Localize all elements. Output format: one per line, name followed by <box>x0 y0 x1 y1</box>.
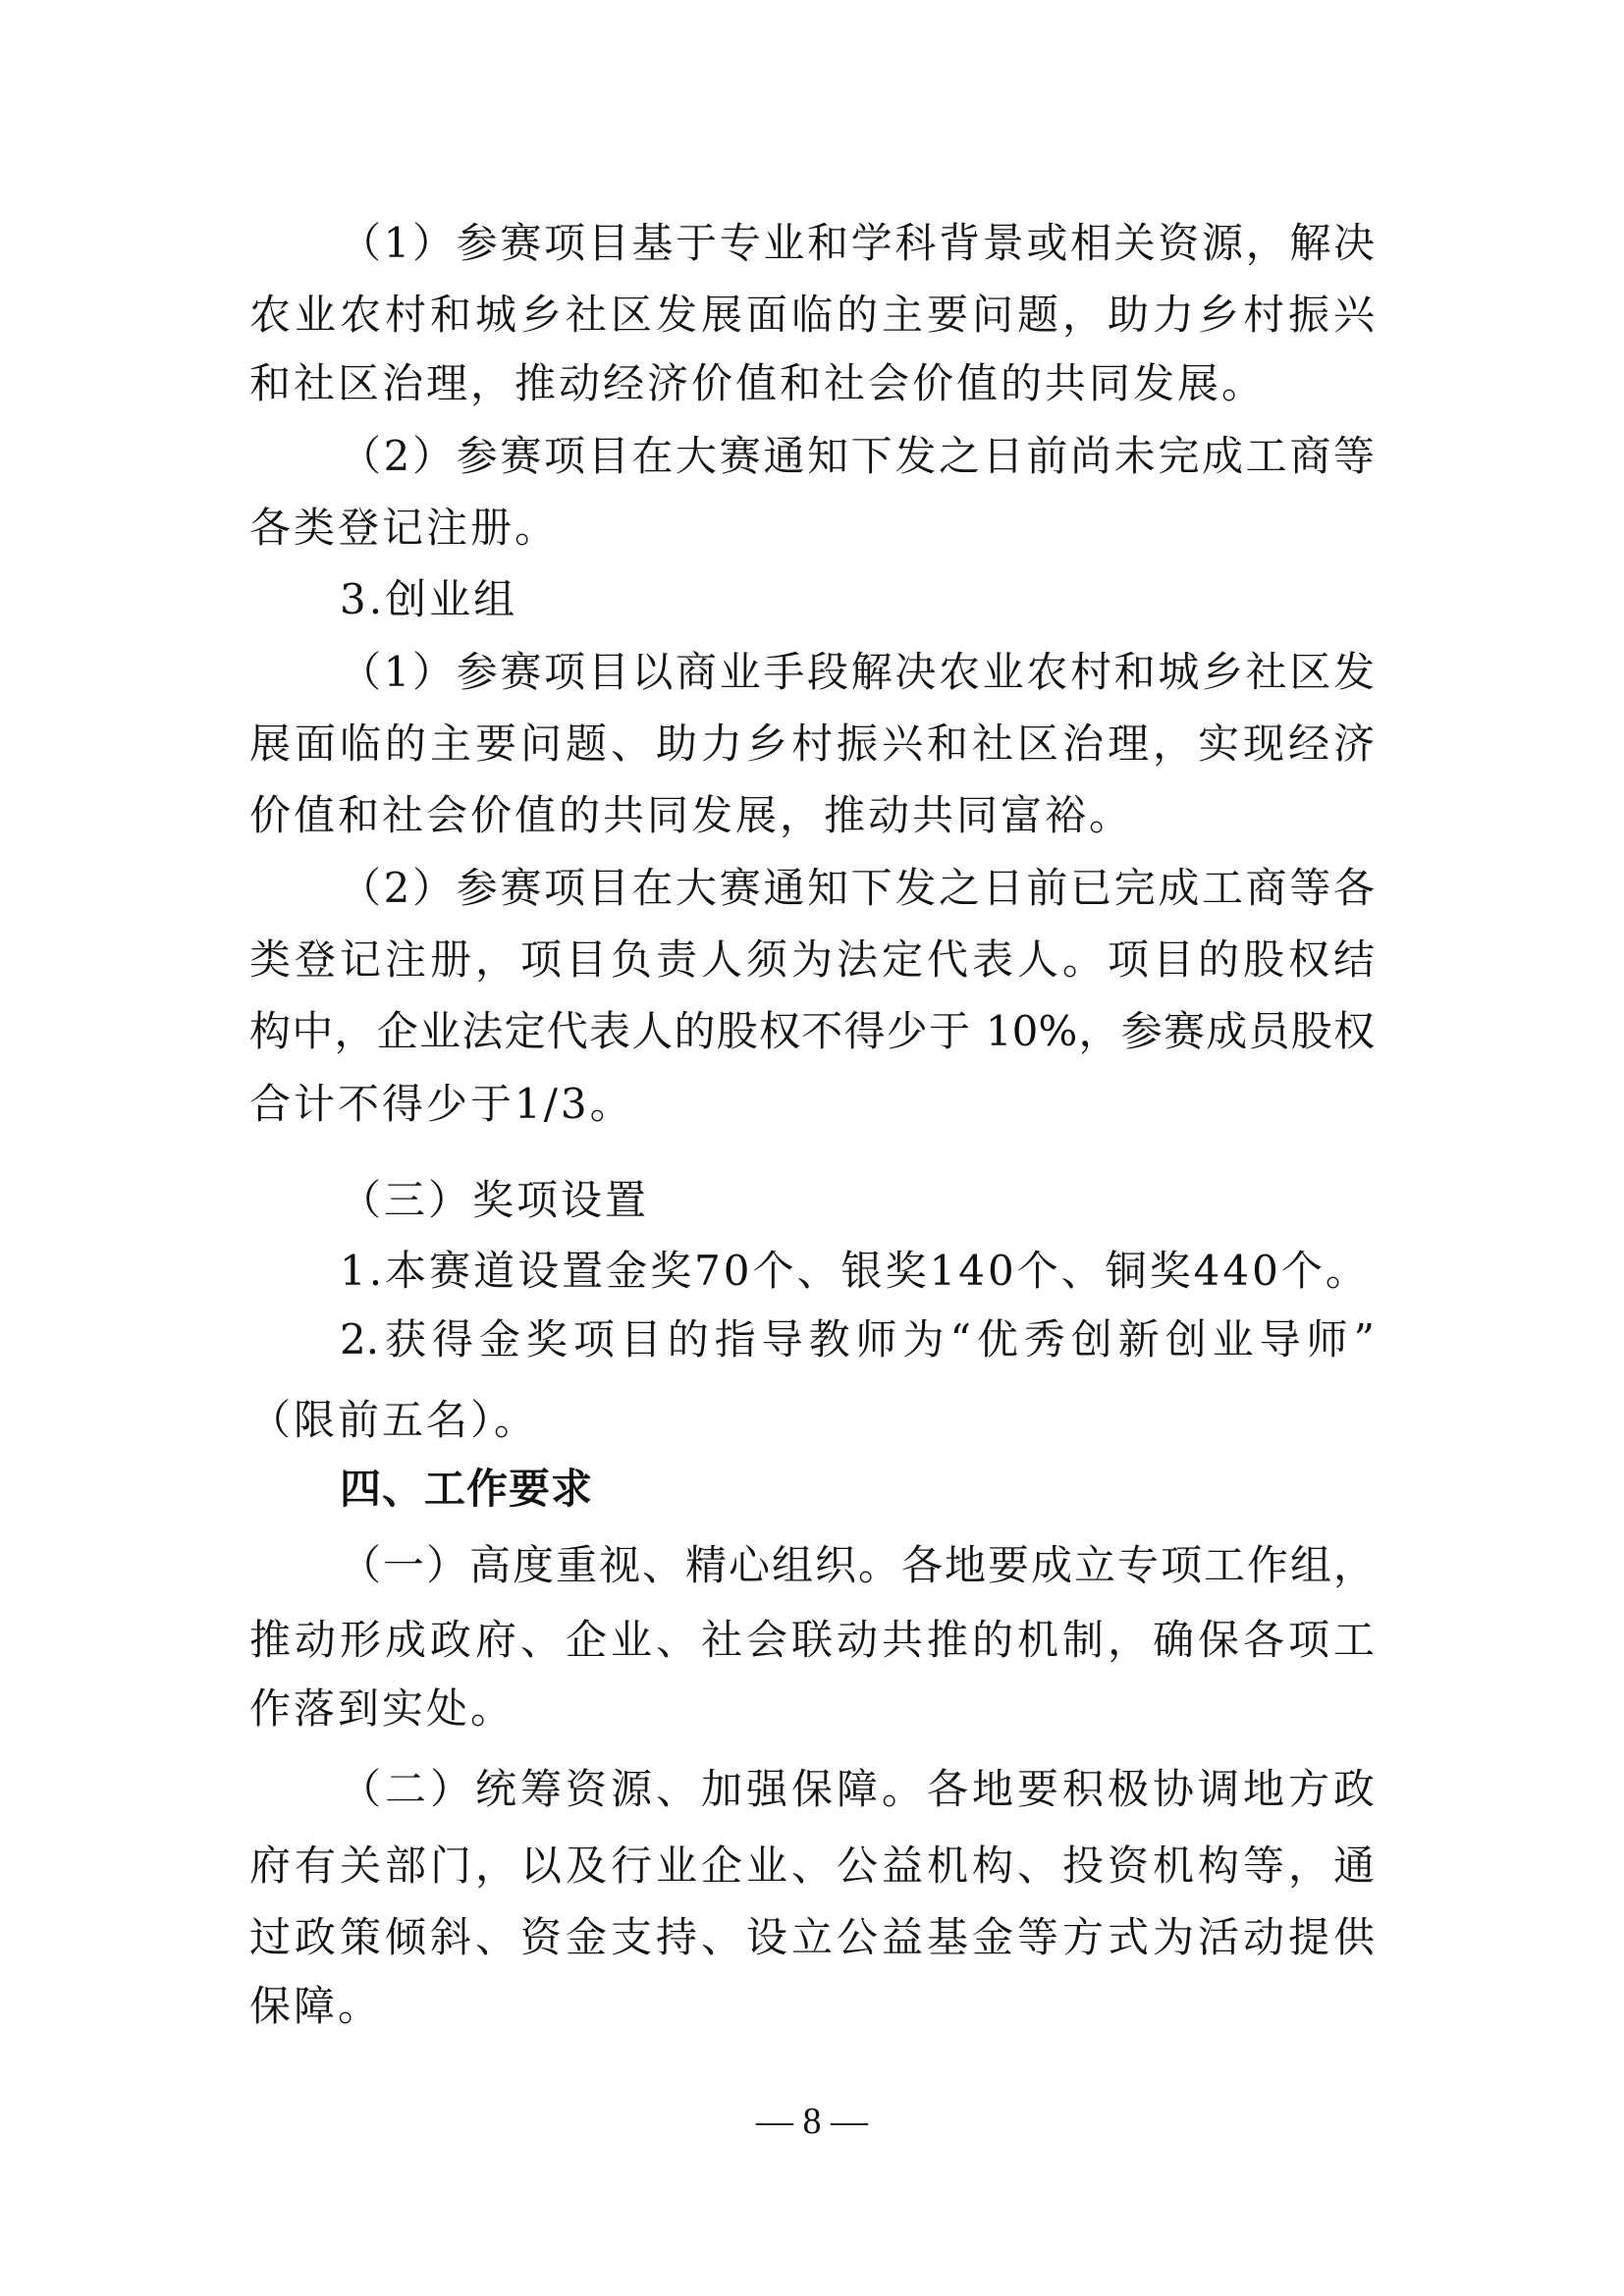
paragraph-line: 作落到实处。 <box>249 1680 514 1738</box>
paragraph-line: 过政策倾斜、资金支持、设立公益基金等方式为活动提供 <box>249 1908 1375 1967</box>
section-heading-awards: （三）奖项设置 <box>340 1171 649 1230</box>
paragraph-line: 和社区治理，推动经济价值和社会价值的共同发展。 <box>249 354 1266 413</box>
paragraph-line: 农业农村和城乡社区发展面临的主要问题，助力乡村振兴 <box>249 286 1375 345</box>
paragraph-line: （二）统筹资源、加强保障。各地要积极协调地方政 <box>340 1760 1375 1819</box>
paragraph-line: （2）参赛项目在大赛通知下发之日前已完成工商等各 <box>340 859 1375 918</box>
paragraph-line: 保障。 <box>249 1977 382 2036</box>
section-heading-work-requirements: 四、工作要求 <box>340 1460 593 1519</box>
paragraph-line: 2.获得金奖项目的指导教师为“优秀创新创业导师” <box>340 1310 1375 1369</box>
paragraph-line: 价值和社会价值的共同发展，推动共同富裕。 <box>249 786 1133 845</box>
paragraph-line: （限前五名）。 <box>249 1391 538 1450</box>
paragraph-line: 1.本赛道设置金奖70个、银奖140个、铜奖440个。 <box>340 1242 1370 1301</box>
paragraph-line: 构中，企业法定代表人的股权不得少于 10%，参赛成员股权 <box>249 1002 1375 1061</box>
paragraph-line: （1）参赛项目以商业手段解决农业农村和城乡社区发 <box>340 643 1375 702</box>
paragraph-line: （2）参赛项目在大赛通知下发之日前尚未完成工商等 <box>340 427 1375 486</box>
document-page: （1）参赛项目基于专业和学科背景或相关资源，解决 农业农村和城乡社区发展面临的主… <box>0 0 1624 2296</box>
page-number: — 8 — <box>714 2097 910 2146</box>
paragraph-line: （1）参赛项目基于专业和学科背景或相关资源，解决 <box>340 214 1375 273</box>
paragraph-line: （一）高度重视、精心组织。各地要成立专项工作组， <box>340 1536 1375 1595</box>
paragraph-line: 类登记注册，项目负责人须为法定代表人。项目的股权结 <box>249 931 1375 989</box>
subsection-heading: 3.创业组 <box>340 570 517 629</box>
paragraph-line: 合计不得少于1/3。 <box>249 1075 634 1134</box>
paragraph-line: 各类登记注册。 <box>249 499 559 558</box>
paragraph-line: 展面临的主要问题、助力乡村振兴和社区治理，实现经济 <box>249 715 1375 774</box>
paragraph-line: 府有关部门，以及行业企业、公益机构、投资机构等，通 <box>249 1837 1375 1896</box>
paragraph-line: 推动形成政府、企业、社会联动共推的机制，确保各项工 <box>249 1611 1375 1670</box>
